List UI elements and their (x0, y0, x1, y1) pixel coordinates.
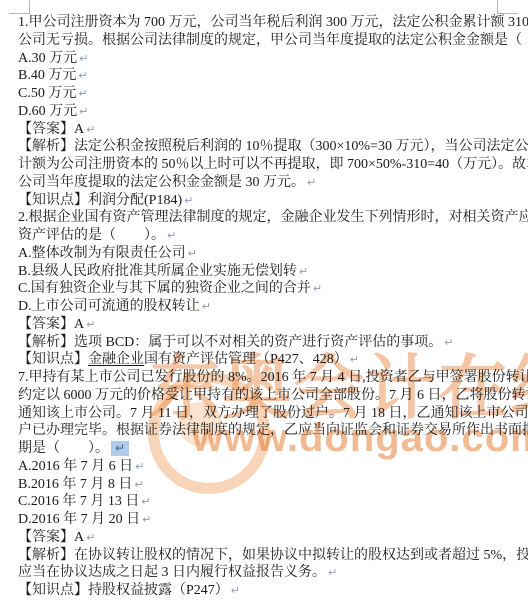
paragraph-mark: ↵ (231, 584, 240, 597)
paragraph-mark: ↵ (188, 247, 197, 260)
q7-stem-text-3: 通知该上市公司。7 月 11 日，双方办理了股份过户。7 月 18 日，乙通知该… (18, 406, 528, 421)
q7-stem-line-3: 通知该上市公司。7 月 11 日，双方办理了股份过户。7 月 18 日，乙通知该… (18, 405, 518, 423)
q2-knowledge-suffix: 国有资产评估管理（P427、428） (144, 352, 348, 367)
q7-answer-line: 【答案】A↵ (18, 529, 518, 547)
q7-stem-line-1: 7.甲持有某上市公司已发行股份的 8%。2016 年 7 月 4 日,投资者乙与… (18, 369, 518, 387)
q1-option-a: A.30 万元↵ (18, 50, 518, 68)
q2-knowledge-line: 【知识点】金融企业国有资产评估管理（P427、428）↵ (18, 351, 518, 369)
q2-stem-text-1: 2.根据企业国有资产管理法律制度的规定，金融企业发生下列情形时，对相关资产应当进… (18, 210, 528, 225)
paragraph-mark: ↵ (350, 353, 359, 366)
paragraph-mark: ↵ (202, 300, 211, 313)
q7-option-c-text: C.2016 年 7 月 13 日 (18, 494, 139, 509)
q7-analysis-text-2: 应当在协议达成之日起 3 日内履行权益报告义务。 (18, 565, 326, 580)
paragraph-mark: ↵ (299, 265, 308, 278)
q2-option-d: D.上市公司可流通的股权转让↵ (18, 298, 518, 316)
paragraph-mark: ↵ (167, 229, 176, 242)
paragraph-mark: ↵ (86, 531, 95, 544)
q1-option-b: B.40 万元↵ (18, 67, 518, 85)
paragraph-mark: ↵ (307, 176, 316, 189)
q1-knowledge-text: 【知识点】利润分配(P184) (18, 193, 182, 208)
q1-option-d-text: D.60 万元 (18, 104, 77, 119)
q1-stem-line-2: 公司无亏损。根据公司法律制度的规定，甲公司当年度提取的法定公积金金额是（ ）。↵ (18, 32, 518, 50)
document-page[interactable]: 东奥会计在线 www.dongao.com 1.甲公司注册资本为 700 万元，… (0, 0, 528, 600)
q2-option-a: A.整体改制为有限责任公司↵ (18, 245, 518, 263)
paragraph-mark: ↵ (444, 336, 453, 349)
q2-stem-line-1: 2.根据企业国有资产管理法律制度的规定，金融企业发生下列情形时，对相关资产应当进… (18, 209, 518, 227)
q1-analysis-line-3: 公司当年度提取的法定公积金金额是 30 万元。↵ (18, 174, 518, 192)
q7-analysis-text-1: 【解析】在协议转让股权的情况下，如果协议中拟转让的股权达到或者超过 5%，投资者… (18, 548, 528, 563)
paragraph-mark: ↵ (142, 513, 151, 526)
q2-stem-text-2: 资产评估的是（ ）。 (18, 228, 165, 243)
q2-option-b: B.县级人民政府批准其所属企业实施无偿划转↵ (18, 263, 518, 281)
q1-analysis-line-2: 计额为公司注册资本的 50％以上时可以不再提取，即 700×50%-310=40… (18, 156, 518, 174)
q7-stem-text-5: 期是（ ）。 (18, 441, 109, 456)
paragraph-mark: ↵ (135, 460, 144, 473)
q2-knowledge-underlined-term: 金融企业 (88, 352, 144, 367)
paragraph-mark: ↵ (86, 318, 95, 331)
q1-option-b-text: B.40 万元 (18, 68, 76, 83)
q2-stem-line-2: 资产评估的是（ ）。↵ (18, 227, 518, 245)
q2-option-c: C.国有独资企业与其下属的独资企业之间的合并↵ (18, 280, 518, 298)
paragraph-mark: ↵ (328, 566, 337, 579)
q2-knowledge-prefix: 【知识点】 (18, 352, 88, 367)
q7-knowledge-line: 【知识点】持股权益披露（P247）↵ (18, 582, 518, 600)
q2-analysis-line-1: 【解析】选项 BCD：属于可以不对相关的资产进行资产评估的事项。↵ (18, 334, 518, 352)
margin-cropmark-top-right (497, 0, 518, 14)
q7-option-a-text: A.2016 年 7 月 6 日 (18, 459, 133, 474)
q1-option-d: D.60 万元↵ (18, 103, 518, 121)
selected-paragraph-mark[interactable]: ↵ (111, 441, 129, 456)
q7-knowledge-text: 【知识点】持股权益披露（P247） (18, 583, 229, 598)
q7-option-a: A.2016 年 7 月 6 日↵ (18, 458, 518, 476)
q1-option-c-text: C.50 万元 (18, 86, 76, 101)
q1-stem-text-1: 1.甲公司注册资本为 700 万元，公司当年税后利润 300 万元，法定公积金累… (18, 15, 528, 30)
margin-cropmark-top-left (9, 0, 30, 14)
q7-stem-text-4: 户已办理完毕。根据证券法律制度的规定，乙应当向证监会和证券交易所作出书面报告的日 (18, 423, 528, 438)
q7-stem-text-2: 约定以 6000 万元的价格受让甲持有的该上市公司全部股份。7 月 6 日，乙将… (18, 388, 528, 403)
q7-option-d-text: D.2016 年 7 月 20 日 (18, 512, 140, 527)
q7-option-b-text: B.2016 年 7 月 8 日 (18, 477, 132, 492)
paragraph-mark: ↵ (134, 478, 143, 491)
q7-option-c: C.2016 年 7 月 13 日↵ (18, 493, 518, 511)
q1-analysis-line-1: 【解析】法定公积金按照税后利润的 10％提取（300×10%=30 万元），当公… (18, 138, 518, 156)
paragraph-mark: ↵ (78, 87, 87, 100)
q1-knowledge-line: 【知识点】利润分配(P184)↵ (18, 192, 518, 210)
q1-answer-text: 【答案】A (18, 122, 84, 137)
q1-stem-text-2: 公司无亏损。根据公司法律制度的规定，甲公司当年度提取的法定公积金金额是（ ）。 (18, 33, 528, 48)
q2-answer-line: 【答案】A↵ (18, 316, 518, 334)
q1-analysis-text-2: 计额为公司注册资本的 50％以上时可以不再提取，即 700×50%-310=40… (18, 157, 528, 172)
q1-analysis-text-3: 公司当年度提取的法定公积金金额是 30 万元。 (18, 175, 305, 190)
paragraph-mark: ↵ (78, 69, 87, 82)
q2-option-d-text: D.上市公司可流通的股权转让 (18, 299, 200, 314)
q2-answer-text: 【答案】A (18, 317, 84, 332)
q7-stem-line-2: 约定以 6000 万元的价格受让甲持有的该上市公司全部股份。7 月 6 日，乙将… (18, 387, 518, 405)
q2-option-c-text: C.国有独资企业与其下属的独资企业之间的合并 (18, 281, 311, 296)
q7-stem-text-1: 7.甲持有某上市公司已发行股份的 8%。2016 年 7 月 4 日,投资者乙与… (18, 370, 528, 385)
q7-stem-line-5: 期是（ ）。↵ (18, 440, 518, 458)
paragraph-mark: ↵ (313, 282, 322, 295)
q1-answer-line: 【答案】A↵ (18, 121, 518, 139)
q7-option-d: D.2016 年 7 月 20 日↵ (18, 511, 518, 529)
paragraph-mark: ↵ (79, 105, 88, 118)
q7-analysis-line-1: 【解析】在协议转让股权的情况下，如果协议中拟转让的股权达到或者超过 5%，投资者… (18, 547, 518, 565)
q7-analysis-line-2: 应当在协议达成之日起 3 日内履行权益报告义务。↵ (18, 564, 518, 582)
paragraph-mark: ↵ (79, 52, 88, 65)
paragraph-mark: ↵ (141, 495, 150, 508)
q2-option-b-text: B.县级人民政府批准其所属企业实施无偿划转 (18, 264, 297, 279)
q1-analysis-text-1: 【解析】法定公积金按照税后利润的 10％提取（300×10%=30 万元），当公… (18, 139, 528, 154)
paragraph-mark: ↵ (86, 123, 95, 136)
q7-answer-text: 【答案】A (18, 530, 84, 545)
paragraph-mark: ↵ (184, 194, 193, 207)
q7-stem-line-4: 户已办理完毕。根据证券法律制度的规定，乙应当向证监会和证券交易所作出书面报告的日 (18, 422, 518, 440)
q1-option-a-text: A.30 万元 (18, 51, 77, 66)
q7-option-b: B.2016 年 7 月 8 日↵ (18, 476, 518, 494)
q2-option-a-text: A.整体改制为有限责任公司 (18, 246, 186, 261)
q2-analysis-text-1: 【解析】选项 BCD：属于可以不对相关的资产进行资产评估的事项。 (18, 335, 442, 350)
q1-option-c: C.50 万元↵ (18, 85, 518, 103)
document-text: 1.甲公司注册资本为 700 万元，公司当年税后利润 300 万元，法定公积金累… (18, 14, 518, 600)
q1-stem-line-1: 1.甲公司注册资本为 700 万元，公司当年税后利润 300 万元，法定公积金累… (18, 14, 518, 32)
